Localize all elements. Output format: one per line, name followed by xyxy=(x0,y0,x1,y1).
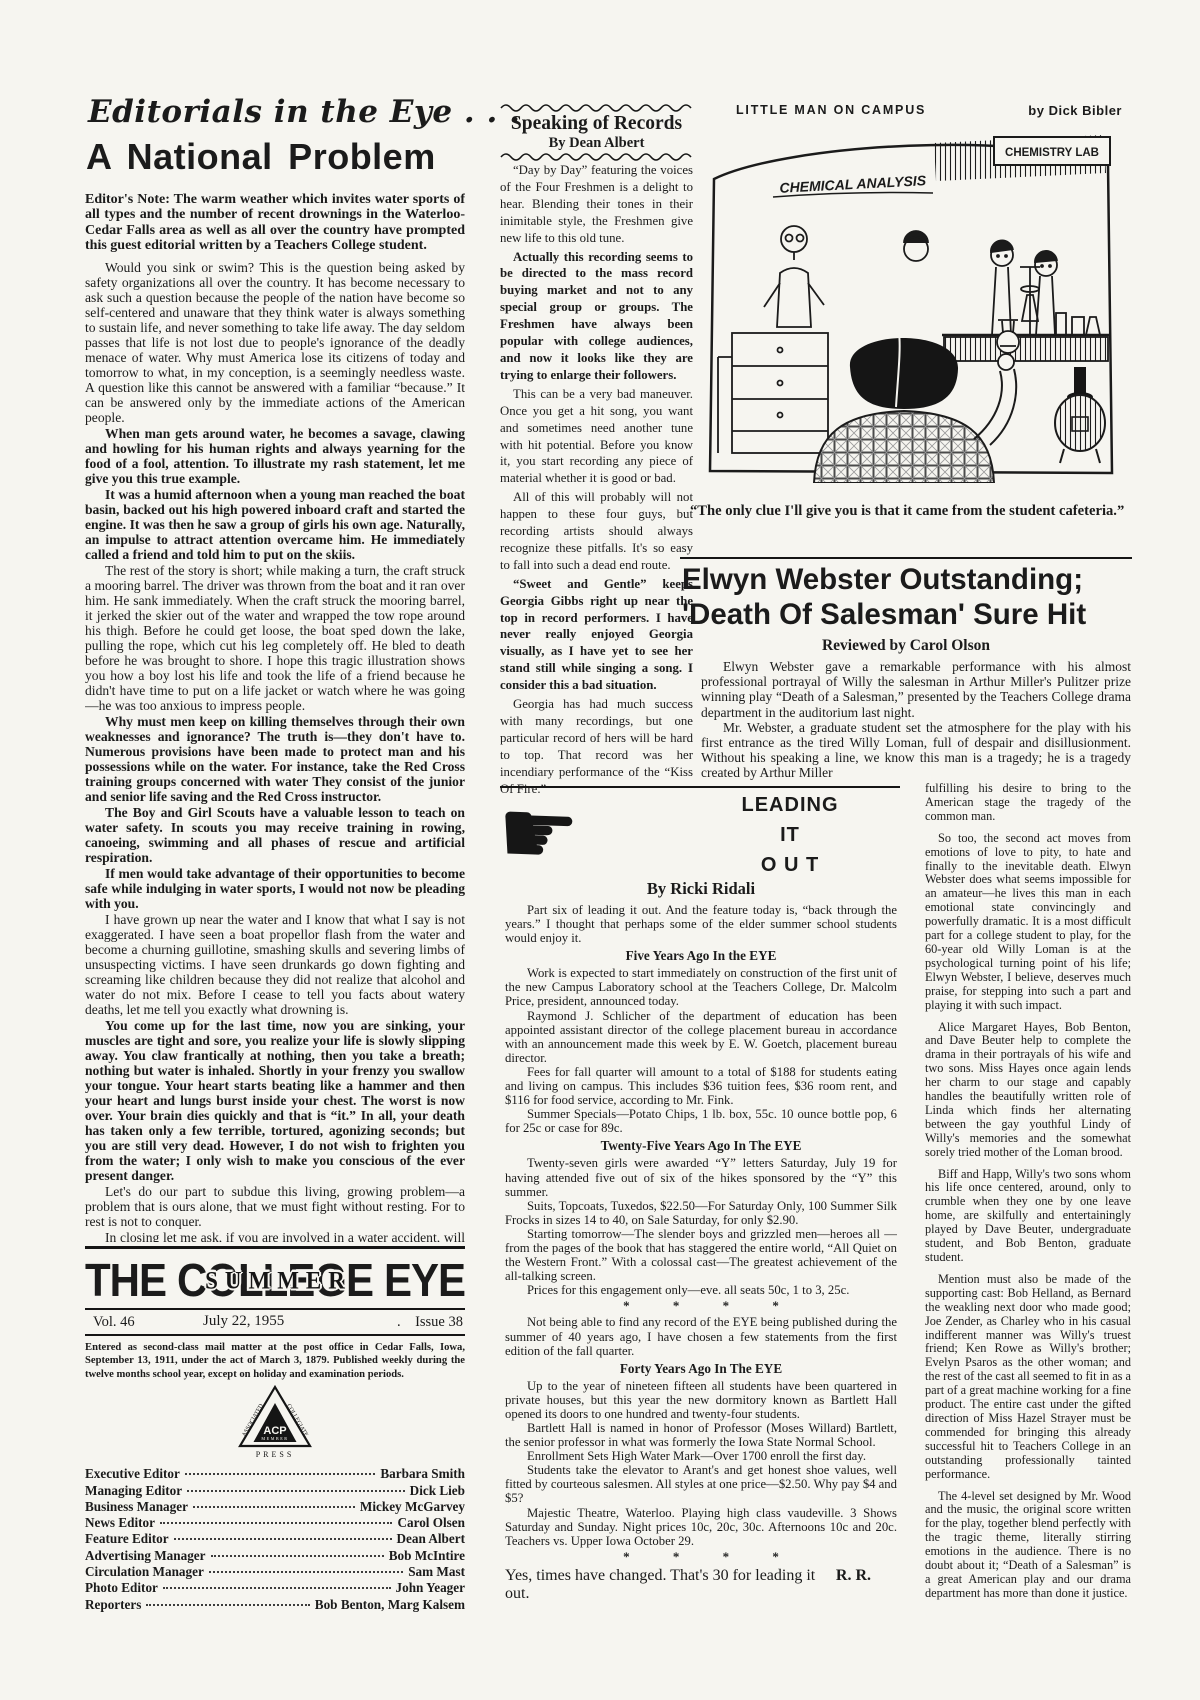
staff-role: News Editor xyxy=(85,1515,155,1531)
chemical-analysis-banner: CHEMICAL ANALYSIS xyxy=(773,172,933,197)
leading-paragraph: Enrollment Sets High Water Mark—Over 170… xyxy=(505,1449,897,1463)
staff-role: Business Manager xyxy=(85,1499,188,1515)
staff-name: Mickey McGarvey xyxy=(360,1499,465,1515)
records-paragraph: “Day by Day” featuring the voices of the… xyxy=(500,162,693,247)
dotted-leader xyxy=(174,1538,392,1540)
leading-closing-row: Yes, times have changed. That's 30 for l… xyxy=(505,1567,897,1603)
leading-paragraph: Prices for this engagement only—eve. all… xyxy=(505,1283,897,1297)
editorial-paragraph: The Boy and Girl Scouts have a valuable … xyxy=(85,805,465,865)
editorial-paragraph: I have grown up near the water and I kno… xyxy=(85,912,465,1017)
review-headline-line1: Elwyn Webster Outstanding; xyxy=(682,562,1132,597)
leading-paragraph: Fees for fall quarter will amount to a t… xyxy=(505,1065,897,1107)
staff-row: Feature EditorDean Albert xyxy=(85,1531,465,1547)
editorial-paragraph: In closing let me ask, if you are involv… xyxy=(85,1230,465,1242)
staff-role: Executive Editor xyxy=(85,1466,180,1482)
editorial-paragraph: Why must men keep on killing themselves … xyxy=(85,714,465,804)
staff-role: Reporters xyxy=(85,1597,141,1613)
leading-title-line3: O U T xyxy=(705,850,875,880)
leading-paragraph: Students take the elevator to Arant's an… xyxy=(505,1463,897,1505)
pot-bellied-stove xyxy=(1055,367,1105,463)
editorial-paragraph: You come up for the last time, now you a… xyxy=(85,1018,465,1183)
records-paragraph: All of this will probably will not happe… xyxy=(500,489,693,574)
editorial-paragraph: Let's do our part to subdue this living,… xyxy=(85,1184,465,1229)
review-paragraph: Biff and Happ, Willy's two sons whom his… xyxy=(925,1168,1131,1265)
leading-it-out-column: Part six of leading it out. And the feat… xyxy=(505,903,897,1603)
staff-row: ReportersBob Benton, Marg Kalsem xyxy=(85,1597,465,1613)
cartoon-header: LITTLE MAN ON CAMPUS by Dick Bibler xyxy=(700,103,1124,118)
records-byline: By Dean Albert xyxy=(500,135,693,152)
speaking-of-records-column: Speaking of Records By Dean Albert “Day … xyxy=(500,103,693,800)
dotted-leader xyxy=(146,1604,309,1606)
leading-paragraph: Part six of leading it out. And the feat… xyxy=(505,903,897,945)
section-rule xyxy=(680,557,1132,559)
leading-paragraph: Twenty-seven girls were awarded “Y” lett… xyxy=(505,1156,897,1198)
staff-row: Advertising ManagerBob McIntire xyxy=(85,1548,465,1564)
staff-name: Dick Lieb xyxy=(410,1483,465,1499)
newspaper-nameplate: THE COLLEGE EYE SUMMER xyxy=(85,1252,465,1314)
editorial-paragraph: If men would take advantage of their opp… xyxy=(85,866,465,911)
lab-bench-and-glassware xyxy=(942,267,1110,361)
staff-row: Executive EditorBarbara Smith xyxy=(85,1466,465,1482)
review-paragraph: fulfilling his desire to bring to the Am… xyxy=(925,782,1131,824)
review-paragraph: Elwyn Webster gave a remarkable performa… xyxy=(701,659,1131,720)
nameplate-eye: EYE xyxy=(384,1252,465,1314)
editorials-script-title: Editorials in the Eye . . . xyxy=(88,94,520,130)
leading-paragraph: Up to the year of nineteen fifteen all s… xyxy=(505,1379,897,1421)
staff-name: Carol Olsen xyxy=(397,1515,465,1531)
leading-section-heading: Twenty-Five Years Ago In The EYE xyxy=(505,1138,897,1154)
wavy-rule xyxy=(500,153,693,161)
review-byline: Reviewed by Carol Olson xyxy=(680,637,1132,655)
staff-name: Sam Mast xyxy=(408,1564,465,1580)
staff-row: News EditorCarol Olsen xyxy=(85,1515,465,1531)
staff-list: Executive EditorBarbara Smith Managing E… xyxy=(85,1466,465,1613)
review-paragraph: So too, the second act moves from emotio… xyxy=(925,832,1131,1013)
issue-date: July 22, 1955 xyxy=(203,1313,284,1330)
acp-press-text: PRESS xyxy=(256,1450,295,1459)
leading-paragraph: Majestic Theatre, Waterloo. Playing high… xyxy=(505,1506,897,1548)
leading-section-heading: Five Years Ago In the EYE xyxy=(505,948,897,964)
editorial-headline: A National Problem xyxy=(86,136,436,178)
leading-paragraph: Bartlett Hall is named in honor of Profe… xyxy=(505,1421,897,1449)
editorial-article: Editor's Note: The warm weather which in… xyxy=(85,192,465,1242)
newspaper-page: Editorials in the Eye . . . A National P… xyxy=(0,0,1200,1700)
review-headline-line2: 'Death Of Salesman' Sure Hit xyxy=(682,597,1132,632)
cartoon-drawing: CHEMISTRY LAB CHEMICAL ANALYSIS xyxy=(698,121,1122,483)
review-lead: Elwyn Webster gave a remarkable performa… xyxy=(701,659,1131,781)
wavy-rule xyxy=(500,104,693,112)
volume-label: Vol. 46 xyxy=(93,1314,135,1331)
leading-paragraph: Starting tomorrow—The slender boys and g… xyxy=(505,1227,897,1283)
editorial-paragraph: When man gets around water, he becomes a… xyxy=(85,426,465,486)
dotted-leader xyxy=(187,1490,405,1492)
leading-title-line2: IT xyxy=(705,820,875,850)
editorial-paragraph: Would you sink or swim? This is the ques… xyxy=(85,260,465,425)
issue-info-row: Vol. 46 July 22, 1955 . Issue 38 xyxy=(85,1312,465,1334)
chemistry-lab-sign-text: CHEMISTRY LAB xyxy=(1005,147,1099,159)
records-paragraph: Actually this recording seems to be dire… xyxy=(500,249,693,384)
background-students xyxy=(904,231,1057,335)
leading-closing-text: Yes, times have changed. That's 30 for l… xyxy=(505,1567,836,1603)
review-paragraph: The 4-level set designed by Mr. Wood and… xyxy=(925,1490,1131,1601)
records-paragraph: “Sweet and Gentle” keeps Georgia Gibbs r… xyxy=(500,576,693,694)
cartoon-credit: by Dick Bibler xyxy=(1028,103,1124,118)
issue-number: Issue 38 xyxy=(415,1314,463,1331)
leading-title-line1: LEADING xyxy=(705,790,875,820)
lab-cabinet-drawers xyxy=(718,333,828,453)
masthead-top-rule xyxy=(85,1246,465,1249)
staff-name: John Yeager xyxy=(396,1580,465,1596)
acp-member-text: MEMBER xyxy=(261,1436,288,1441)
dotted-leader xyxy=(163,1587,391,1589)
review-paragraph: Mention must also be made of the support… xyxy=(925,1273,1131,1482)
review-paragraph: Alice Margaret Hayes, Bob Benton, and Da… xyxy=(925,1021,1131,1160)
dotted-leader xyxy=(211,1555,384,1557)
dotted-leader xyxy=(160,1522,393,1524)
chemistry-lab-sign: CHEMISTRY LAB xyxy=(994,137,1110,165)
staff-row: Photo EditorJohn Yeager xyxy=(85,1580,465,1596)
editorial-paragraph: The rest of the story is short; while ma… xyxy=(85,563,465,713)
leading-it-out-title: LEADING IT O U T xyxy=(705,790,875,880)
leading-section-heading: Forty Years Ago In The EYE xyxy=(505,1361,897,1377)
masthead-rule xyxy=(85,1334,465,1336)
review-paragraph: Mr. Webster, a graduate student set the … xyxy=(701,720,1131,781)
records-title: Speaking of Records xyxy=(500,113,693,135)
leading-paragraph: Not being able to find any record of the… xyxy=(505,1315,897,1357)
leading-closing-initials: R. R. xyxy=(836,1567,897,1603)
staff-role: Photo Editor xyxy=(85,1580,158,1596)
acp-press-logo: ACP MEMBER ASSOCIATED COLLEGIATE PRESS xyxy=(237,1384,313,1460)
nameplate-the: THE xyxy=(85,1252,166,1314)
staff-row: Business ManagerMickey McGarvey xyxy=(85,1499,465,1515)
leading-paragraph: Raymond J. Schlicher of the department o… xyxy=(505,1009,897,1065)
editors-note: Editor's Note: The warm weather which in… xyxy=(85,192,465,254)
cartoon-caption: “The only clue I'll give you is that it … xyxy=(690,503,1166,521)
staff-row: Managing EditorDick Lieb xyxy=(85,1483,465,1499)
dotted-leader xyxy=(185,1473,376,1475)
staff-row: Circulation ManagerSam Mast xyxy=(85,1564,465,1580)
leading-byline: By Ricki Ridali xyxy=(505,879,897,899)
leading-paragraph: Summer Specials—Potato Chips, 1 lb. box,… xyxy=(505,1107,897,1135)
staff-role: Circulation Manager xyxy=(85,1564,204,1580)
pointing-hand-icon: ☛ xyxy=(495,785,581,884)
dotted-leader xyxy=(193,1506,355,1508)
acp-logo-row: ACP MEMBER ASSOCIATED COLLEGIATE PRESS xyxy=(85,1384,465,1460)
leading-paragraph: Suits, Topcoats, Tuxedos, $22.50—For Sat… xyxy=(505,1199,897,1227)
masthead: THE COLLEGE EYE SUMMER Vol. 46 July 22, … xyxy=(85,1246,465,1613)
stars-separator: * * * * xyxy=(505,1550,897,1564)
staff-name: Barbara Smith xyxy=(380,1466,465,1482)
staff-name: Bob McIntire xyxy=(389,1548,465,1564)
leading-paragraph: Work is expected to start immediately on… xyxy=(505,966,897,1008)
review-headline: Elwyn Webster Outstanding; 'Death Of Sal… xyxy=(682,562,1132,632)
staff-role: Feature Editor xyxy=(85,1531,169,1547)
staff-name: Dean Albert xyxy=(397,1531,466,1547)
records-paragraph: This can be a very bad maneuver. Once yo… xyxy=(500,386,693,487)
dotted-leader xyxy=(209,1571,403,1573)
staff-role: Managing Editor xyxy=(85,1483,182,1499)
second-class-notice: Entered as second-class mail matter at t… xyxy=(85,1341,465,1381)
editorial-paragraph: It was a humid afternoon when a young ma… xyxy=(85,487,465,562)
review-continuation-column: fulfilling his desire to bring to the Am… xyxy=(925,782,1131,1674)
staff-role: Advertising Manager xyxy=(85,1548,206,1564)
nameplate-summer-overlay: SUMMER xyxy=(198,1267,352,1292)
staff-name: Bob Benton, Marg Kalsem xyxy=(315,1597,465,1613)
background-professor-figure xyxy=(764,226,824,327)
cartoon-strip-title: LITTLE MAN ON CAMPUS xyxy=(700,103,926,118)
stars-separator: * * * * xyxy=(505,1299,897,1313)
separator-dot: . xyxy=(397,1314,401,1331)
